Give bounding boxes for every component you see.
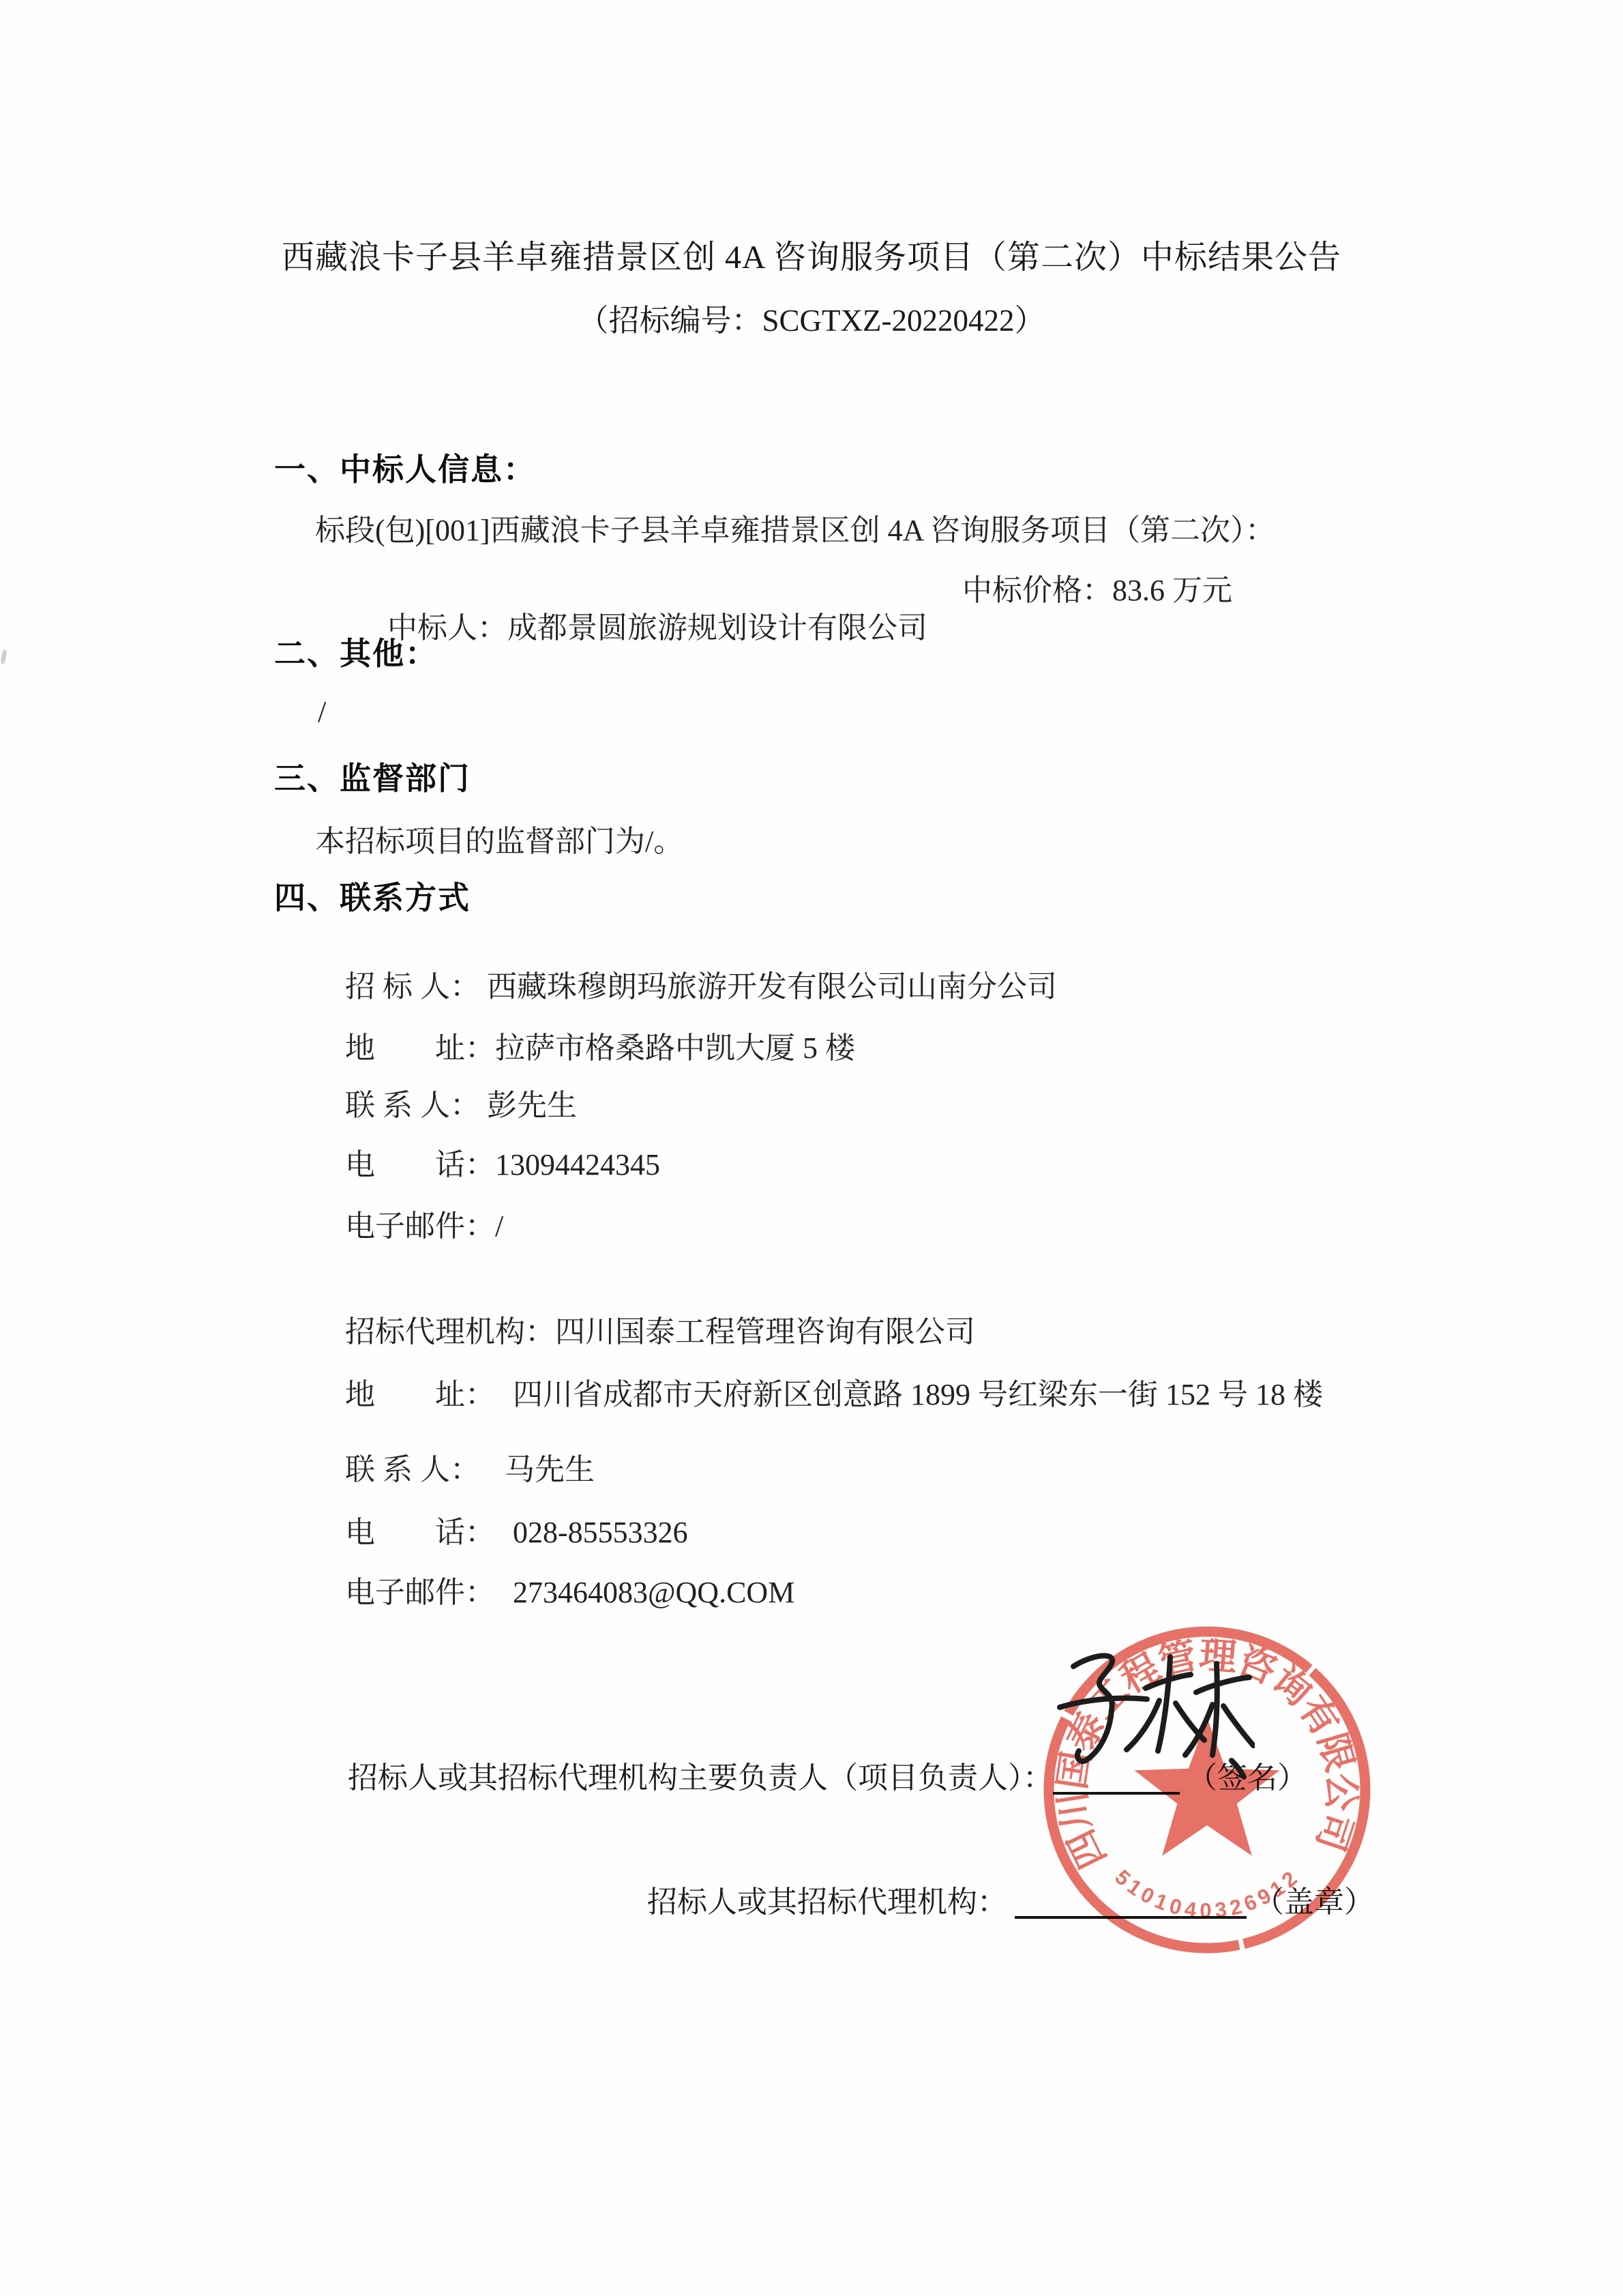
agency-address-label: 地 址：: [345, 1376, 495, 1413]
winner-name: 成都景圆旅游规划设计有限公司: [507, 611, 927, 645]
handwritten-signature: [1050, 1634, 1255, 1791]
section3-heading: 三、监督部门: [274, 759, 471, 799]
agency-email-value: 273464083@QQ.COM: [495, 1576, 794, 1609]
phone-value: 13094424345: [495, 1148, 660, 1181]
price-label: 中标价格：: [962, 574, 1112, 607]
scan-artifact: [0, 649, 8, 665]
tender-number: （招标编号：SCGTXZ-20220422）: [0, 301, 1623, 340]
section3-content: 本招标项目的监督部门为/。: [315, 823, 683, 860]
seal-serial-number: 5101040326912: [1110, 1865, 1301, 1922]
sign-label: 招标人或其招标代理机构主要负责人（项目负责人）：: [348, 1761, 1053, 1795]
seal-label: 招标人或其招标代理机构：: [647, 1885, 1007, 1919]
email-value: /: [495, 1209, 503, 1243]
section1-heading: 一、中标人信息：: [274, 450, 536, 490]
email-label: 电子邮件：: [345, 1207, 495, 1245]
document-title: 西藏浪卡子县羊卓雍措景区创 4A 咨询服务项目（第二次）中标结果公告: [0, 237, 1623, 278]
document-page: 西藏浪卡子县羊卓雍措景区创 4A 咨询服务项目（第二次）中标结果公告 （招标编号…: [0, 0, 1623, 2296]
price-group: 中标价格：83.6 万元: [962, 572, 1232, 609]
lot-line: 标段(包)[001]西藏浪卡子县羊卓雍措景区创 4A 咨询服务项目（第二次）：: [315, 512, 1275, 549]
agency-email-label: 电子邮件：: [345, 1574, 495, 1611]
tenderer-row: 电子邮件：/: [315, 1170, 503, 1282]
agency-row: 电子邮件：273464083@QQ.COM: [315, 1536, 794, 1649]
agency-address-value: 四川省成都市天府新区创意路 1899 号红梁东一街 152 号 18 楼: [495, 1378, 1323, 1411]
winner-line: 中标人：成都景圆旅游规划设计有限公司 中标价格：83.6 万元: [357, 572, 1517, 722]
section2-heading: 二、其他：: [274, 634, 438, 674]
section4-heading: 四、联系方式: [274, 879, 471, 918]
price-value: 83.6 万元: [1112, 574, 1232, 607]
section2-content: /: [318, 693, 326, 731]
